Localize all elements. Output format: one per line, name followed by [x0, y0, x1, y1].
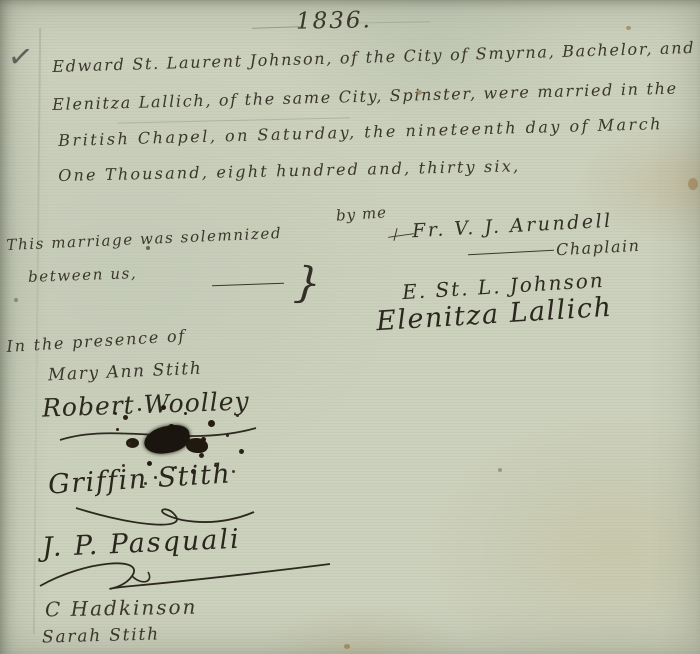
stain: [416, 90, 422, 95]
pasquali-flourish: [36, 556, 336, 600]
officiant-signature: Fr. V. J. Arundell: [412, 210, 614, 242]
stain: [498, 468, 502, 472]
stain: [344, 644, 350, 649]
entry-line-4: One Thousand, eight hundred and, thirty …: [58, 156, 520, 185]
solemnized-dash: [212, 283, 284, 287]
paper-crease: [33, 28, 41, 634]
witness-signature: Sarah Stith: [42, 624, 160, 647]
solemnized-line-1: This marriage was solemnized: [6, 224, 282, 254]
entry-line-2: Elenitza Lallich, of the same City, Spin…: [52, 79, 678, 114]
check-mark: ✓: [6, 38, 36, 76]
stain: [146, 246, 150, 250]
byline: by me: [335, 203, 387, 225]
underline-same-city: [118, 117, 350, 123]
stain: [14, 298, 18, 302]
brace-mark: }: [292, 257, 322, 308]
entry-line-1: Edward St. Laurent Johnson, of the City …: [52, 38, 695, 76]
stain: [688, 178, 698, 190]
year-heading: 1836.: [296, 7, 372, 34]
officiant-title: Chaplain: [556, 236, 641, 259]
witness-heading: In the presence of: [6, 326, 187, 356]
cross-flourish-icon: [388, 228, 414, 242]
stain: [626, 26, 631, 30]
witness-signature: C Hadkinson: [45, 595, 198, 622]
entry-line-3: British Chapel, on Saturday, the ninetee…: [58, 114, 663, 150]
register-page: 1836. ✓ Edward St. Laurent Johnson, of t…: [0, 0, 700, 654]
heading-flourish-left: [252, 26, 302, 29]
solemnized-line-2: between us,: [28, 264, 138, 286]
chaplain-flourish: [468, 250, 554, 255]
witness-signature: Mary Ann Stith: [48, 359, 203, 386]
